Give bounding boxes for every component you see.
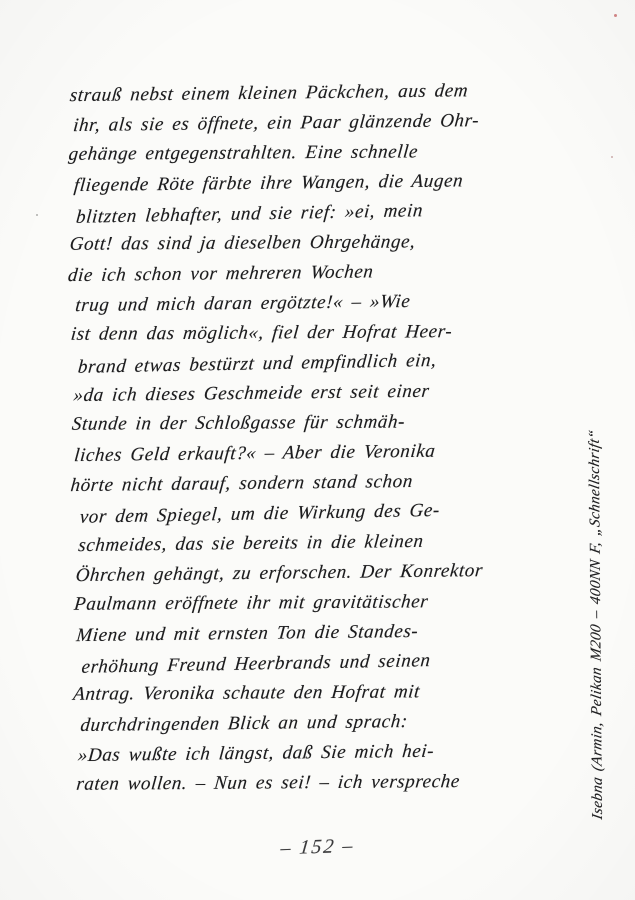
manuscript-line: ihr, als sie es öffnete, ein Paar glänze… — [72, 105, 580, 141]
manuscript-line: gehänge entgegenstrahlten. Eine schnelle — [67, 136, 580, 170]
handwritten-text-block: strauß nebst einem kleinen Päckchen, aus… — [70, 75, 587, 801]
scan-speck — [36, 214, 38, 216]
manuscript-line: »Das wußte ich längst, daß Sie mich hei- — [76, 735, 587, 771]
scan-speck — [611, 156, 613, 158]
manuscript-line: Stunde in der Schloßgasse für schmäh- — [70, 406, 583, 440]
manuscript-line: Öhrchen gehängt, zu erforschen. Der Konr… — [74, 555, 585, 591]
pen-caption-vertical: Isebna (Armin, Pelikan M200 – 400NN F, „… — [585, 258, 612, 822]
manuscript-line: Antrag. Veronika schaute den Hofrat mit — [72, 676, 587, 710]
manuscript-line: trug und mich daran ergötzte!« – »Wie — [74, 285, 582, 321]
manuscript-line: »da ich dieses Geschmeide erst seit eine… — [72, 375, 583, 411]
manuscript-line: Gott! das sind ja dieselben Ohrgehänge, — [68, 226, 581, 260]
manuscript-line: Paulmann eröffnete ihr mit gravitätische… — [73, 586, 586, 620]
manuscript-page: strauß nebst einem kleinen Päckchen, aus… — [0, 0, 635, 900]
scan-speck — [614, 14, 617, 17]
manuscript-line: raten wollen. – Nun es sei! – ich verspr… — [75, 766, 588, 800]
page-number: – 152 – — [0, 825, 635, 870]
